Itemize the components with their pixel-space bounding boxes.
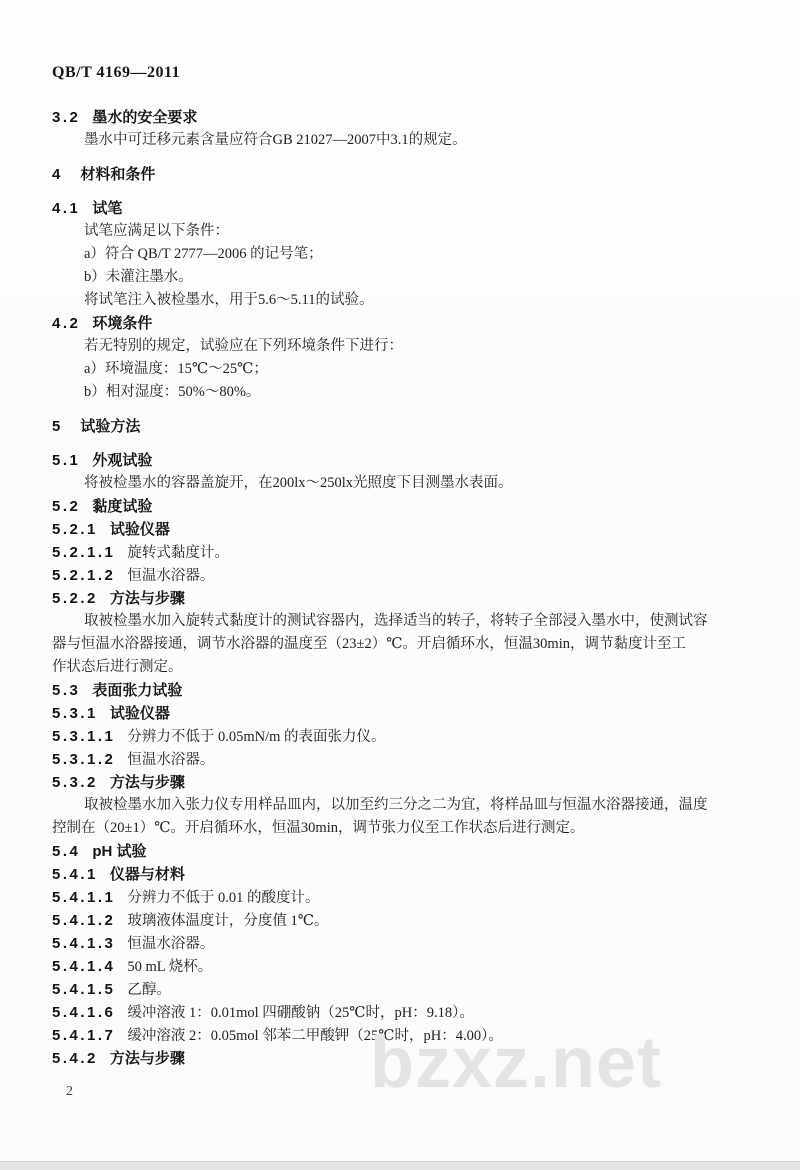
clause-number: 5.4.1.1 [52,886,115,909]
line-text: 仪器与材料 [110,866,185,883]
clause-number: 4.1 [52,197,80,220]
line-text: 表面张力试验 [92,682,182,699]
line-text: 玻璃液体温度计，分度值 1℃。 [127,913,328,929]
line-text: 墨水中可迁移元素含量应符合GB 21027—2007中3.1的规定。 [84,132,467,148]
line-text: b）未灌注墨水。 [84,269,193,285]
paragraph-line: a）环境温度：15℃～25℃； [52,358,758,381]
line-text: 缓冲溶液 1：0.01mol 四硼酸钠（25℃时，pH：9.18）。 [127,1005,474,1021]
line-text: 试验仪器 [110,705,170,722]
clause-number: 5.4.1.5 [52,978,115,1001]
clause-number: 5.4.1 [52,863,98,886]
document-page: QB/T 4169—2011 3.2墨水的安全要求墨水中可迁移元素含量应符合GB… [0,0,800,1170]
section-heading: 5.2.2方法与步骤 [52,587,758,610]
clause-number: 5.1 [52,449,80,472]
clause-number: 5.2.1.1 [52,541,115,564]
line-text: 分辨力不低于 0.01 的酸度计。 [127,890,319,906]
paragraph-line: 取被检墨水加入旋转式黏度计的测试容器内，选择适当的转子，将转子全部浸入墨水中，使… [52,610,758,633]
section-heading: 5.3.2方法与步骤 [52,771,758,794]
section-heading: 4.1试笔 [52,197,758,220]
chapter-heading: 5试验方法 [52,415,758,438]
paragraph-line: a）符合 QB/T 2777—2006 的记号笔； [52,243,758,266]
clause-number: 5.2 [52,495,80,518]
line-text: 外观试验 [92,452,152,469]
section-heading: 3.2墨水的安全要求 [52,106,758,129]
paragraph-line: 若无特别的规定，试验应在下列环境条件下进行： [52,335,758,358]
line-text: 黏度试验 [92,498,152,515]
line-text: 试验方法 [80,418,140,435]
clause-item: 5.4.1.2玻璃液体温度计，分度值 1℃。 [52,909,758,932]
clause-number: 4.2 [52,312,80,335]
line-text: 作状态后进行测定。 [52,659,183,675]
clause-number: 5.2.2 [52,587,98,610]
clause-item: 5.4.1.6缓冲溶液 1：0.01mol 四硼酸钠（25℃时，pH：9.18）… [52,1001,758,1024]
line-text: 器与恒温水浴器接通，调节水浴器的温度至（23±2）℃。开启循环水，恒温30min… [52,636,686,652]
line-text: 试笔 [92,200,122,217]
standard-number: QB/T 4169—2011 [52,64,180,82]
clause-item: 5.4.1.1分辨力不低于 0.01 的酸度计。 [52,886,758,909]
line-text: 将被检墨水的容器盖旋开，在200lx～250lx光照度下目测墨水表面。 [84,475,513,491]
line-text: a）环境温度：15℃～25℃； [84,361,268,377]
section-heading: 5.4pH 试验 [52,840,758,863]
clause-number: 5.2.1.2 [52,564,115,587]
line-text: 恒温水浴器。 [127,752,214,768]
section-heading: 4.2环境条件 [52,312,758,335]
clause-number: 5.3 [52,679,80,702]
paragraph-line: 将试笔注入被检墨水，用于5.6～5.11的试验。 [52,289,758,312]
clause-number: 5.4.2 [52,1047,98,1070]
section-heading: 5.2黏度试验 [52,495,758,518]
line-text: 方法与步骤 [110,774,185,791]
clause-number: 5.3.1.1 [52,725,115,748]
section-heading: 5.3.1试验仪器 [52,702,758,725]
line-text: 若无特别的规定，试验应在下列环境条件下进行： [84,338,403,354]
page-number: 2 [66,1084,73,1100]
paragraph-line: 器与恒温水浴器接通，调节水浴器的温度至（23±2）℃。开启循环水，恒温30min… [52,633,758,656]
line-text: 50 mL 烧杯。 [127,959,212,975]
paragraph-line: 作状态后进行测定。 [52,656,758,679]
clause-number: 5.4.1.2 [52,909,115,932]
clause-number: 5.4 [52,840,80,863]
clause-number: 5.4.1.3 [52,932,115,955]
paragraph-line: b）未灌注墨水。 [52,266,758,289]
clause-item: 5.3.1.1分辨力不低于 0.05mN/m 的表面张力仪。 [52,725,758,748]
clause-number: 5.4.1.4 [52,955,115,978]
line-text: 控制在（20±1）℃。开启循环水，恒温30min，调节张力仪至工作状态后进行测定… [52,820,584,836]
document-body: 3.2墨水的安全要求墨水中可迁移元素含量应符合GB 21027—2007中3.1… [52,106,758,1070]
clause-item: 5.4.1.3恒温水浴器。 [52,932,758,955]
paragraph-line: 试笔应满足以下条件： [52,220,758,243]
clause-item: 5.3.1.2恒温水浴器。 [52,748,758,771]
section-heading: 5.3表面张力试验 [52,679,758,702]
clause-number: 5.3.2 [52,771,98,794]
line-text: pH 试验 [92,843,146,860]
line-text: 恒温水浴器。 [127,568,214,584]
clause-number: 5.3.1.2 [52,748,115,771]
clause-item: 5.4.1.5乙醇。 [52,978,758,1001]
line-text: 墨水的安全要求 [92,109,197,126]
line-text: 材料和条件 [80,166,155,183]
line-text: 取被检墨水加入旋转式黏度计的测试容器内，选择适当的转子，将转子全部浸入墨水中，使… [84,613,708,629]
line-text: 乙醇。 [127,982,171,998]
chapter-heading: 4材料和条件 [52,163,758,186]
clause-item: 5.4.1.450 mL 烧杯。 [52,955,758,978]
paragraph-line: b）相对湿度：50%～80%。 [52,381,758,404]
section-heading: 5.2.1试验仪器 [52,518,758,541]
clause-number: 5 [52,415,62,438]
paragraph-line: 控制在（20±1）℃。开启循环水，恒温30min，调节张力仪至工作状态后进行测定… [52,817,758,840]
line-text: 旋转式黏度计。 [127,545,229,561]
line-text: 方法与步骤 [110,1050,185,1067]
clause-number: 4 [52,163,62,186]
section-heading: 5.4.1仪器与材料 [52,863,758,886]
line-text: a）符合 QB/T 2777—2006 的记号笔； [84,246,323,262]
clause-item: 5.2.1.2恒温水浴器。 [52,564,758,587]
clause-number: 5.2.1 [52,518,98,541]
line-text: 取被检墨水加入张力仪专用样品皿内，以加至约三分之二为宜，将样品皿与恒温水浴器接通… [84,797,708,813]
line-text: 将试笔注入被检墨水，用于5.6～5.11的试验。 [84,292,373,308]
clause-number: 5.3.1 [52,702,98,725]
line-text: 试笔应满足以下条件： [84,223,229,239]
clause-number: 5.4.1.7 [52,1024,115,1047]
clause-item: 5.2.1.1旋转式黏度计。 [52,541,758,564]
paragraph-line: 墨水中可迁移元素含量应符合GB 21027—2007中3.1的规定。 [52,129,758,152]
line-text: 分辨力不低于 0.05mN/m 的表面张力仪。 [127,729,385,745]
watermark-text: bzxz.net [370,1022,662,1104]
clause-number: 3.2 [52,106,80,129]
section-heading: 5.1外观试验 [52,449,758,472]
line-text: 试验仪器 [110,521,170,538]
line-text: 恒温水浴器。 [127,936,214,952]
line-text: b）相对湿度：50%～80%。 [84,384,260,400]
clause-number: 5.4.1.6 [52,1001,115,1024]
paragraph-line: 取被检墨水加入张力仪专用样品皿内，以加至约三分之二为宜，将样品皿与恒温水浴器接通… [52,794,758,817]
line-text: 环境条件 [92,315,152,332]
line-text: 方法与步骤 [110,590,185,607]
scan-edge [0,1161,800,1170]
paragraph-line: 将被检墨水的容器盖旋开，在200lx～250lx光照度下目测墨水表面。 [52,472,758,495]
